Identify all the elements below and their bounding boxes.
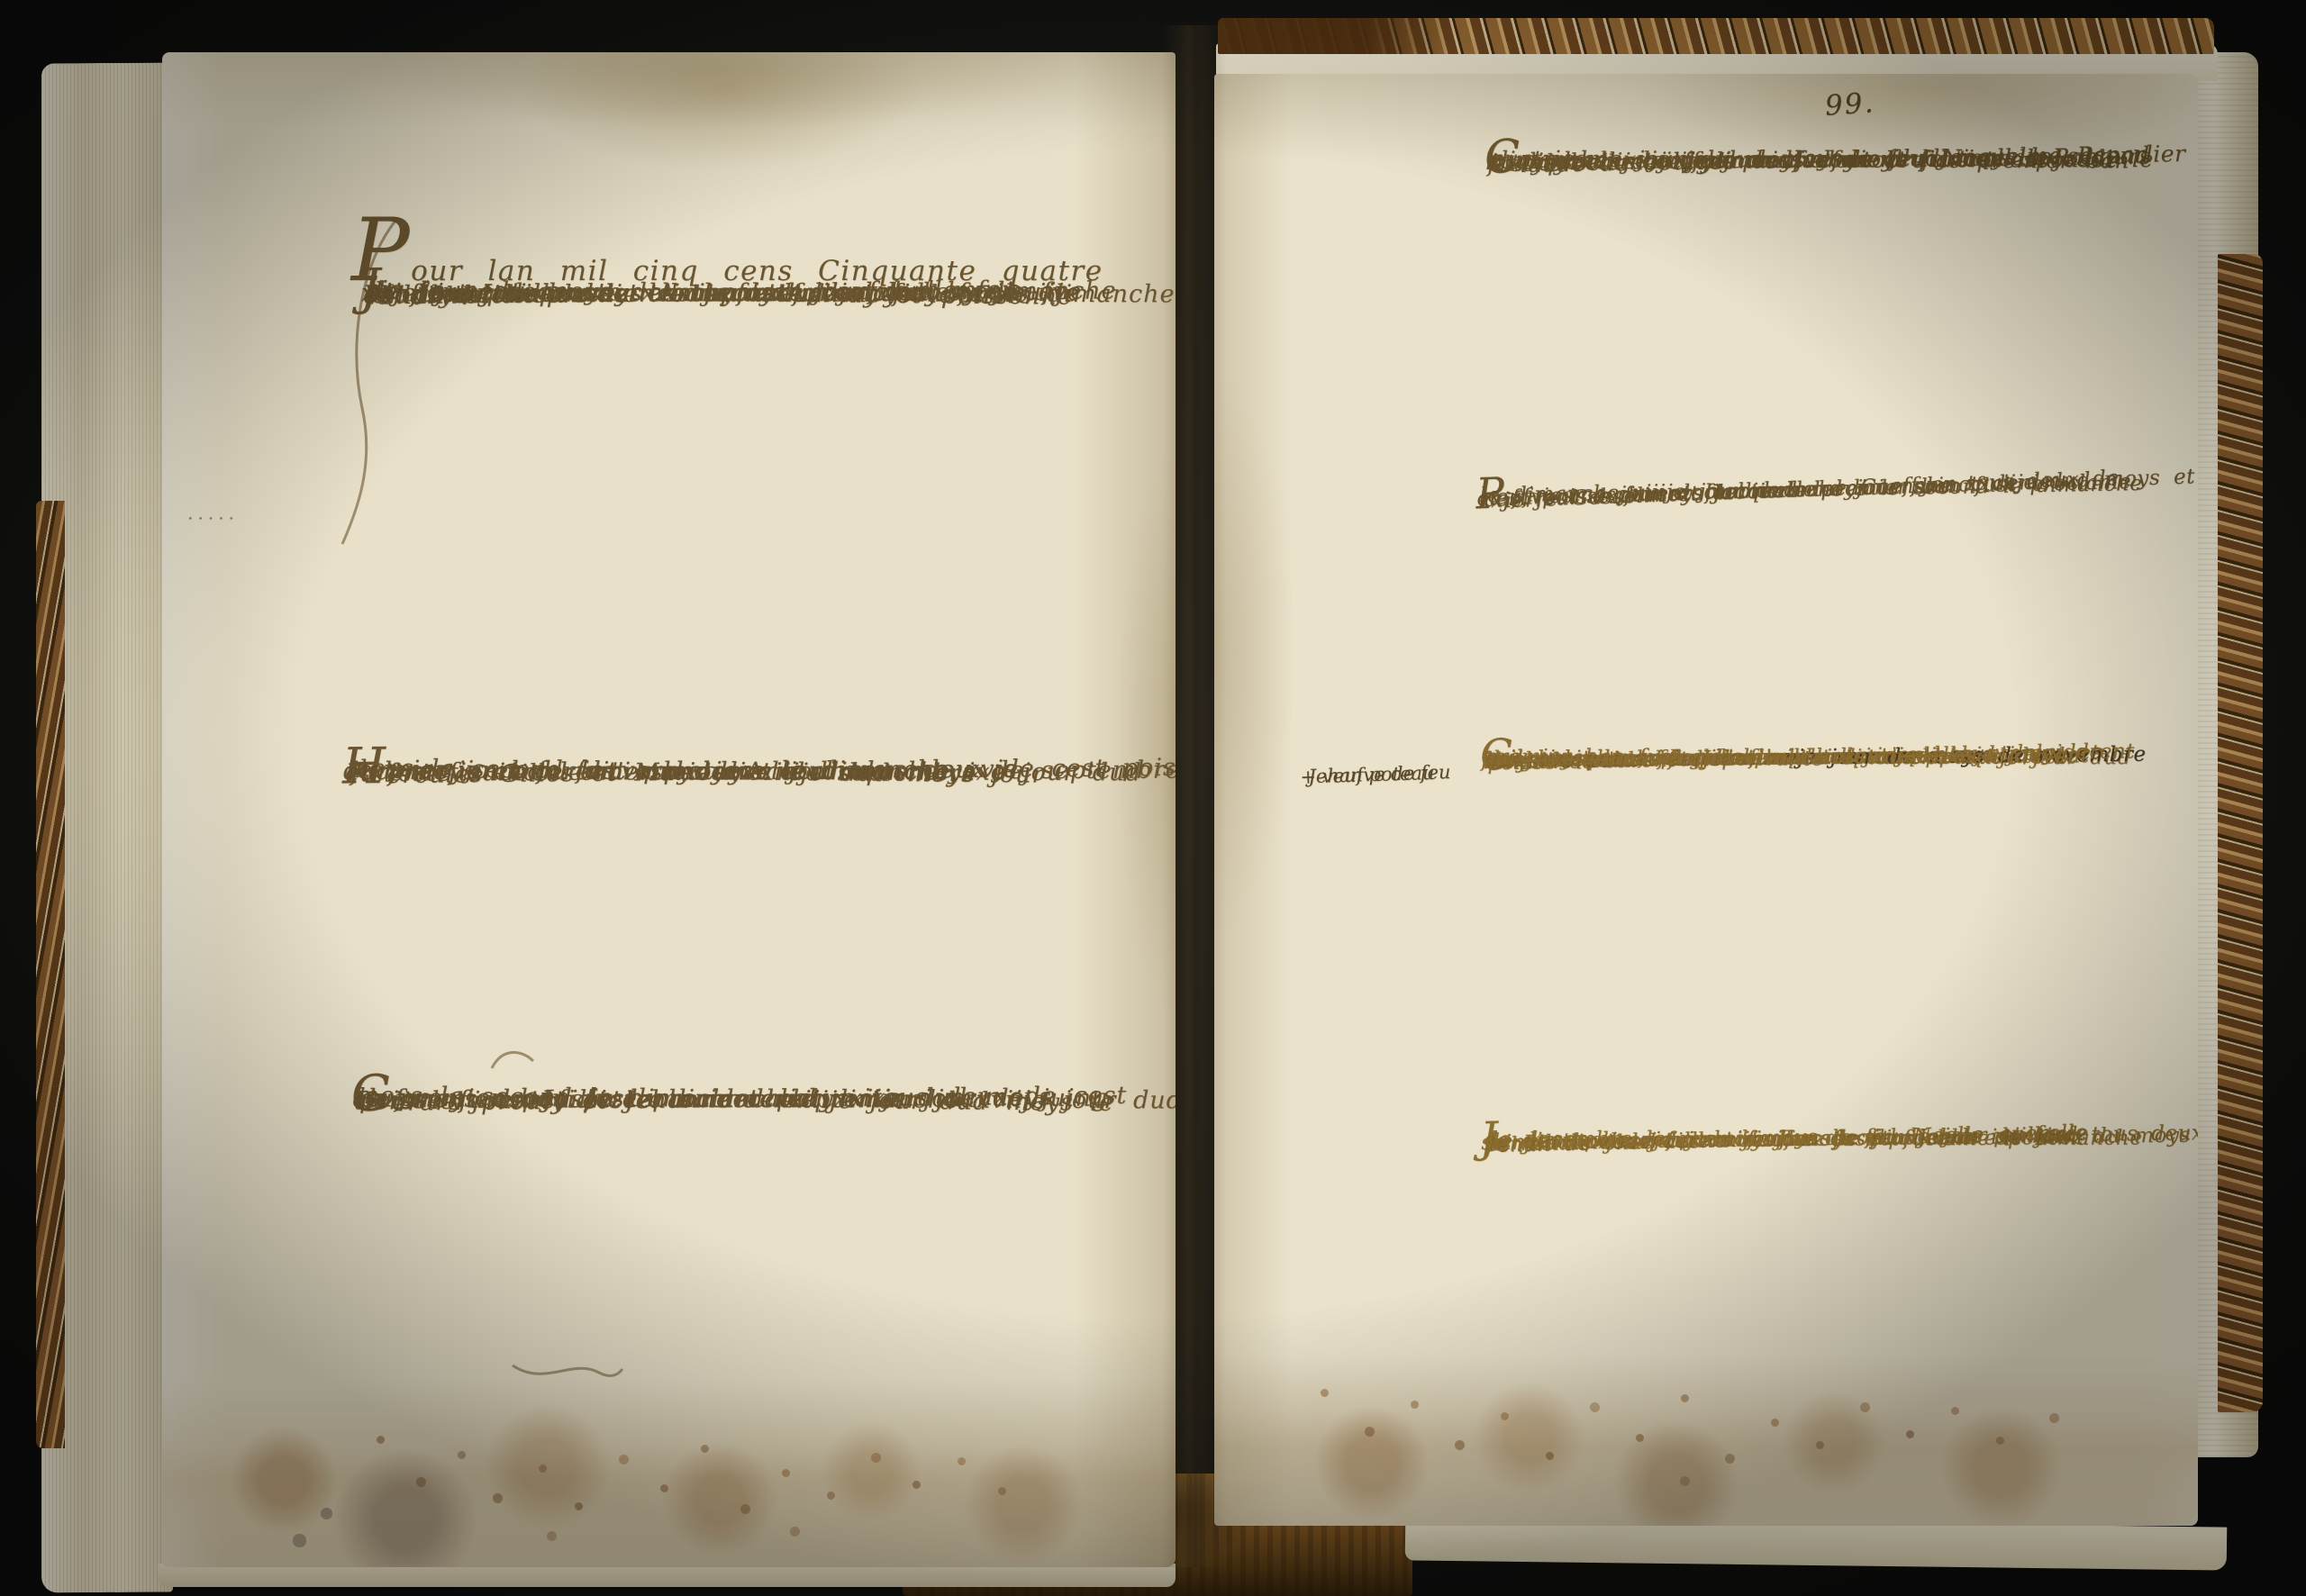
foxing-stains (1214, 1317, 2198, 1526)
pen-flourish (509, 1356, 626, 1391)
manuscript-line: mardy xxiije jour dud moys (1492, 140, 1842, 181)
manuscript-photo: Pour lan mil cinq cens Cinquante quatre … (0, 0, 2306, 1596)
left-page: Pour lan mil cinq cens Cinquante quatre … (162, 52, 1176, 1567)
pen-flourish (486, 1041, 540, 1077)
foxing-specks (162, 52, 167, 57)
manuscript-line: en cest poisse (364, 273, 569, 315)
entry-paragraph: Claude Labbe et Jehanne chaumiere+ tous … (1484, 739, 2198, 745)
manuscript-line: du moys de Juillet (360, 1078, 622, 1120)
right-page: 99. Claude de boulges veufve de feu Jacq… (1214, 74, 2198, 1526)
marbled-board-edge-top (1218, 18, 2214, 54)
marbled-board-edge-right (2218, 254, 2263, 1412)
entry-paragraph: Jehan de chad lesne veufve de feu Noelle… (1484, 1117, 2198, 1126)
marbled-board-edge-left (36, 501, 65, 1448)
manuscript-line: quil avoit une femme vivante (1482, 743, 1824, 775)
foxing-specks (1214, 74, 1219, 78)
foxing-stains (162, 1331, 1176, 1567)
manuscript-line: dernier jour du dit moys dict de septemb… (351, 748, 977, 794)
entry-paragraph: Claude de boulges veufve de feu Jacquelm… (1489, 139, 2198, 144)
page-number: 99. (1824, 86, 1876, 122)
margin-marks: ····· (187, 507, 239, 529)
manuscript-line: Jehan poteau (1308, 759, 1435, 790)
manuscript-line: le mardi xbe jour dud moys (1487, 1120, 1819, 1162)
entry-paragraph: Pierre Gossolin et Jacquelmine Coeffyer … (1480, 463, 2198, 484)
